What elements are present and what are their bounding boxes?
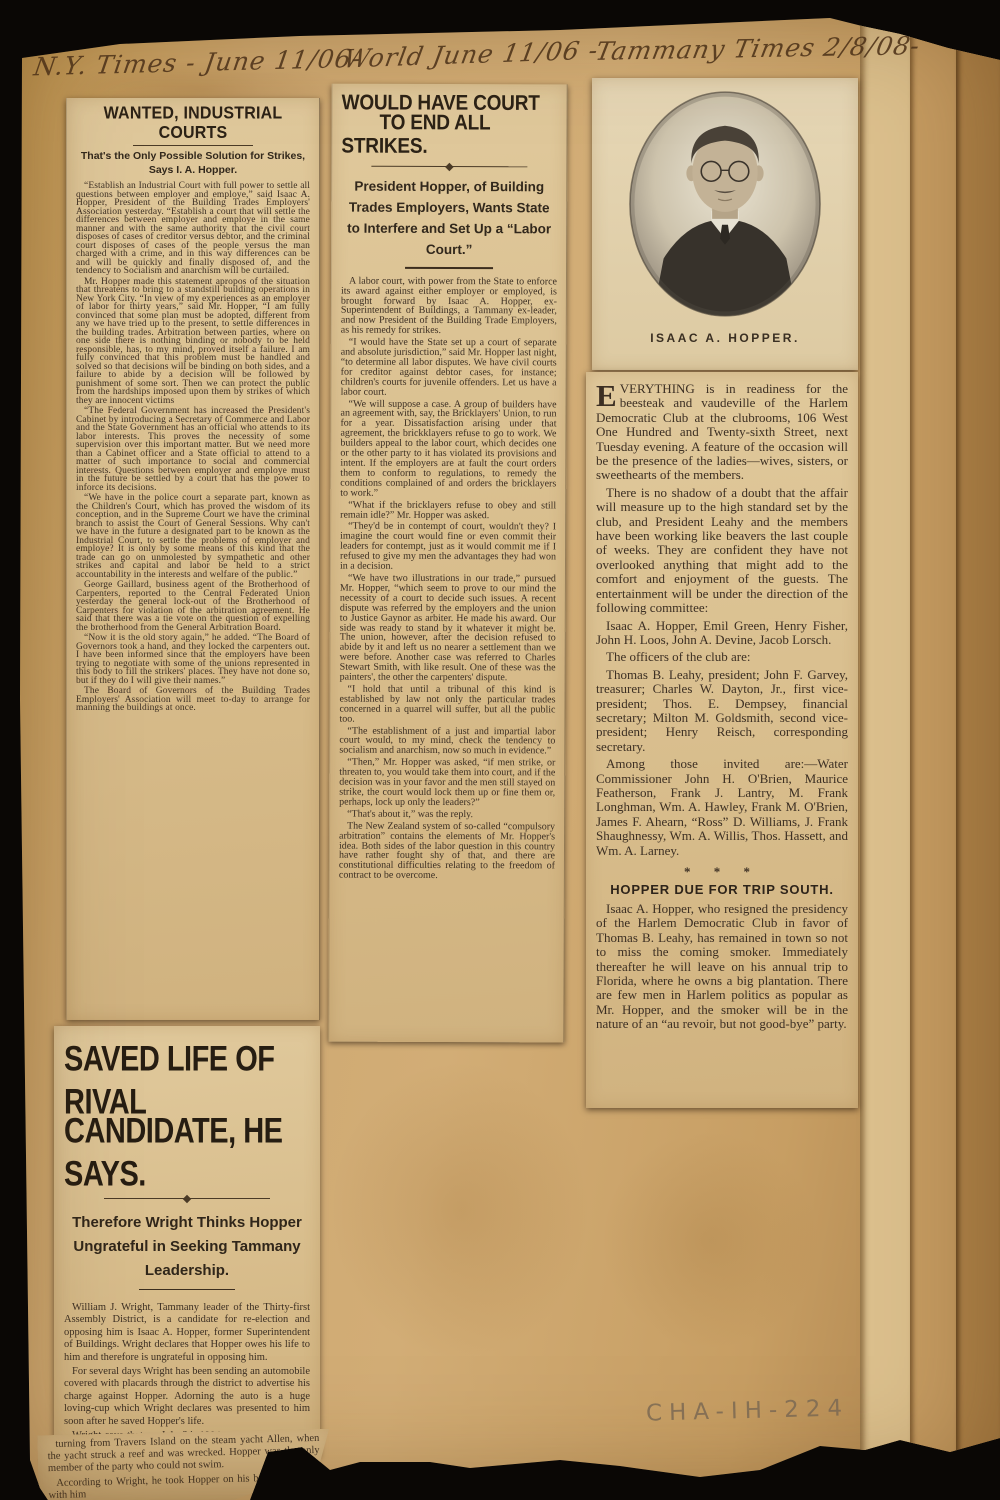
article-paragraph: “Then,” Mr. Hopper was asked, “if men st… xyxy=(339,758,555,808)
handwritten-source-world: World June 11/06 - xyxy=(342,35,601,73)
rule-divider xyxy=(139,1289,235,1290)
article-paragraph: There is no shadow of a doubt that the a… xyxy=(596,486,848,616)
headline-line-2: CANDIDATE, HE SAYS. xyxy=(64,1110,310,1196)
scrapbook-page: N.Y. Times - June 11/06- World June 11/0… xyxy=(0,0,1000,1500)
handwritten-source-tammany-times: Tammany Times 2/8/08- xyxy=(593,31,923,66)
rule-divider xyxy=(405,267,493,269)
clipping-saved-life-of-rival: SAVED LIFE OF RIVAL CANDIDATE, HE SAYS. … xyxy=(54,1026,320,1456)
catalog-number: CHA-IH-224 xyxy=(646,1395,850,1426)
article-paragraph: “Establish an Industrial Court with full… xyxy=(76,182,310,276)
article-paragraph: “I hold that until a tribunal of this ki… xyxy=(339,685,555,725)
article-paragraph: “We have in the police court a separate … xyxy=(76,494,310,579)
article-paragraph: “The establishment of a just and imparti… xyxy=(339,726,555,756)
section-subheadline: HOPPER DUE FOR TRIP SOUTH. xyxy=(596,882,848,897)
article-body: A labor court, with power from the State… xyxy=(339,276,557,881)
article-paragraph: Isaac A. Hopper, who resigned the presid… xyxy=(596,902,848,1032)
article-paragraph: “The Federal Government has increased th… xyxy=(76,407,310,492)
subhead: Therefore Wright Thinks Hopper Ungratefu… xyxy=(64,1211,310,1283)
article-paragraph: “They'd be in contempt of court, wouldn'… xyxy=(340,522,556,572)
article-paragraph: Mr. Hopper made this statement apropos o… xyxy=(76,278,310,406)
page-edge-layer-1 xyxy=(860,0,910,1500)
lead-text: VERYTHING is in readiness for the beeste… xyxy=(596,381,848,482)
section-break-stars: * * * xyxy=(596,864,848,880)
paper-stain xyxy=(330,1060,590,1360)
article-paragraph: EVERYTHING is in readiness for the beest… xyxy=(596,382,848,483)
article-paragraph: According to Wright, he took Hopper on h… xyxy=(48,1472,320,1500)
article-paragraph: The Board of Governors of the Building T… xyxy=(76,687,310,713)
isaac-hopper-portrait xyxy=(626,88,824,320)
page-edge-layer-2 xyxy=(910,0,956,1500)
clipping-portrait: ISAAC A. HOPPER. xyxy=(592,78,858,370)
article-paragraph: turning from Travers Island on the steam… xyxy=(47,1433,320,1476)
headline-line-2: TO END ALL STRIKES. xyxy=(341,111,557,159)
headline: WANTED, INDUSTRIAL COURTS xyxy=(76,105,310,144)
article-paragraph: The officers of the club are: xyxy=(596,650,848,664)
article-paragraph: “We have two illustrations in our trade,… xyxy=(340,574,556,684)
clipping-torn-scrap: turning from Travers Island on the steam… xyxy=(37,1429,331,1500)
article-paragraph: Isaac A. Hopper, Emil Green, Henry Fishe… xyxy=(596,619,848,648)
subhead: President Hopper, of Building Trades Emp… xyxy=(341,177,557,261)
article-paragraph: A labor court, with power from the State… xyxy=(341,276,557,336)
article-paragraph: William J. Wright, Tammany leader of the… xyxy=(64,1302,310,1364)
subhead: That's the Only Possible Solution for St… xyxy=(76,150,310,177)
handwritten-source-ny-times: N.Y. Times - June 11/06- xyxy=(32,44,363,82)
drop-cap: E xyxy=(596,382,620,408)
diamond-divider xyxy=(371,166,527,168)
clipping-would-have-court: WOULD HAVE COURT TO END ALL STRIKES. Pre… xyxy=(328,84,567,1043)
article-paragraph: “That's about it,” was the reply. xyxy=(339,809,555,820)
photo-caption: ISAAC A. HOPPER. xyxy=(592,331,858,345)
article-paragraph: George Gaillard, business agent of the B… xyxy=(76,581,310,632)
diamond-divider xyxy=(104,1198,270,1199)
article-paragraph: Among those invited are:—Water Commissio… xyxy=(596,757,848,858)
page-edge-layer-3 xyxy=(956,0,1000,1500)
article-paragraph: “We will suppose a case. A group of buil… xyxy=(340,399,556,499)
article-paragraph: Thomas B. Leahy, president; John F. Garv… xyxy=(596,668,848,754)
article-paragraph: “I would have the State set up a court o… xyxy=(341,338,557,398)
article-paragraph: “Now it is the old story again,” he adde… xyxy=(76,634,310,685)
rule-divider xyxy=(133,145,253,146)
clipping-harlem-democratic-club: EVERYTHING is in readiness for the beest… xyxy=(586,372,858,1108)
paper-stain xyxy=(600,1130,820,1350)
article-body: “Establish an Industrial Court with full… xyxy=(76,182,310,713)
article-paragraph: For several days Wright has been sending… xyxy=(64,1366,310,1428)
clipping-wanted-industrial-courts: WANTED, INDUSTRIAL COURTS That's the Onl… xyxy=(66,98,320,1020)
article-paragraph: The New Zealand system of so-called “com… xyxy=(339,821,555,881)
article-paragraph: “What if the bricklayers refuse to obey … xyxy=(340,500,556,521)
